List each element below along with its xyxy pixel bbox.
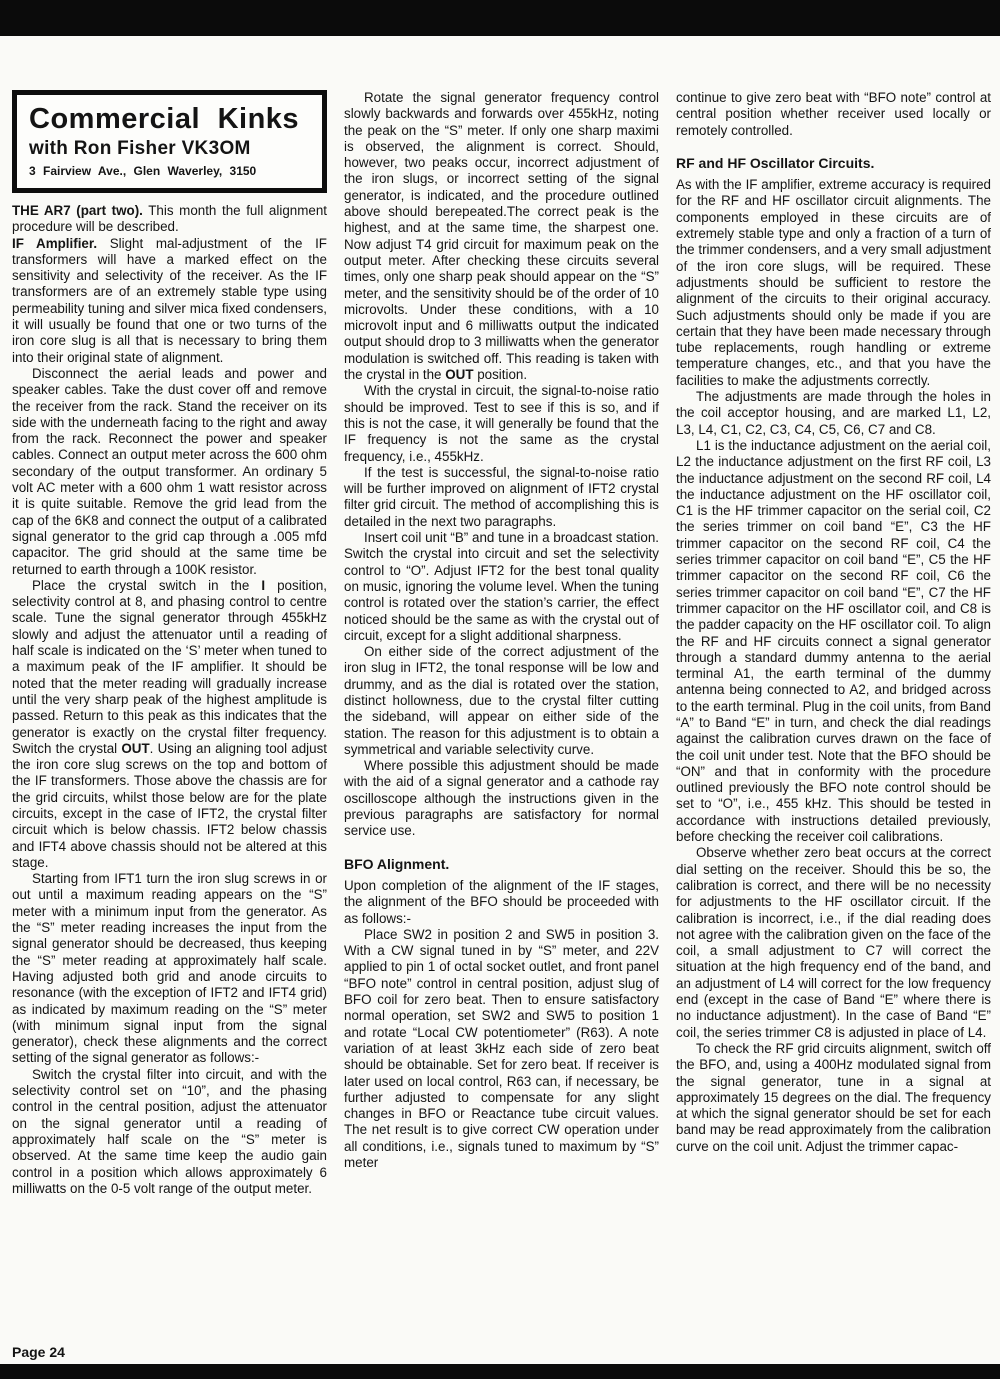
magazine-page: { "masthead": { "title": "Commercial Kin… — [0, 0, 1000, 1379]
paragraph: The adjustments are made through the hol… — [676, 389, 991, 438]
column-2: Rotate the signal generator frequency co… — [344, 90, 659, 1197]
paragraph: With the crystal in circuit, the signal-… — [344, 383, 659, 464]
bottom-scan-bar — [0, 1364, 1000, 1379]
column-3-text: continue to give zero beat with “BFO not… — [676, 90, 991, 1155]
paragraph: Rotate the signal generator frequency co… — [344, 90, 659, 383]
column-1-text: THE AR7 (part two). This month the full … — [12, 203, 327, 1197]
paragraph: Disconnect the aerial leads and power an… — [12, 366, 327, 578]
paragraph: L1 is the inductance adjustment on the a… — [676, 438, 991, 845]
masthead-box: Commercial Kinks with Ron Fisher VK3OM 3… — [12, 90, 327, 193]
top-scan-bar — [0, 0, 1000, 36]
paragraph: Upon completion of the alignment of the … — [344, 878, 659, 927]
paragraph: To check the RF grid circuits alignment,… — [676, 1041, 991, 1155]
paragraph: Place SW2 in position 2 and SW5 in posit… — [344, 927, 659, 1171]
paragraph: Observe whether zero beat occurs at the … — [676, 845, 991, 1041]
paragraph: Insert coil unit “B” and tune in a broad… — [344, 530, 659, 644]
article-title: Commercial Kinks — [29, 102, 310, 136]
paragraph: IF Amplifier. Slight mal-adjustment of t… — [12, 236, 327, 366]
paragraph: If the test is successful, the signal-to… — [344, 465, 659, 530]
author-address: 3 Fairview Ave., Glen Waverley, 3150 — [29, 163, 310, 179]
paragraph: continue to give zero beat with “BFO not… — [676, 90, 991, 139]
paragraph: As with the IF amplifier, extreme accura… — [676, 177, 991, 389]
column-1: Commercial Kinks with Ron Fisher VK3OM 3… — [12, 90, 327, 1197]
paragraph: On either side of the correct adjustment… — [344, 644, 659, 758]
column-3: continue to give zero beat with “BFO not… — [676, 90, 991, 1197]
paragraph: THE AR7 (part two). This month the full … — [12, 203, 327, 236]
paragraph: Starting from IFT1 turn the iron slug sc… — [12, 871, 327, 1067]
article-byline: with Ron Fisher VK3OM — [29, 137, 310, 161]
article-body: Commercial Kinks with Ron Fisher VK3OM 3… — [12, 90, 991, 1197]
paragraph: Place the crystal switch in the I positi… — [12, 578, 327, 871]
paragraph: Where possible this adjustment should be… — [344, 758, 659, 839]
paragraph: Switch the crystal filter into circuit, … — [12, 1067, 327, 1197]
page-number: Page 24 — [12, 1344, 65, 1360]
column-2-text: Rotate the signal generator frequency co… — [344, 90, 659, 1171]
section-heading: RF and HF Oscillator Circuits. — [676, 155, 991, 171]
section-heading: BFO Alignment. — [344, 856, 659, 872]
